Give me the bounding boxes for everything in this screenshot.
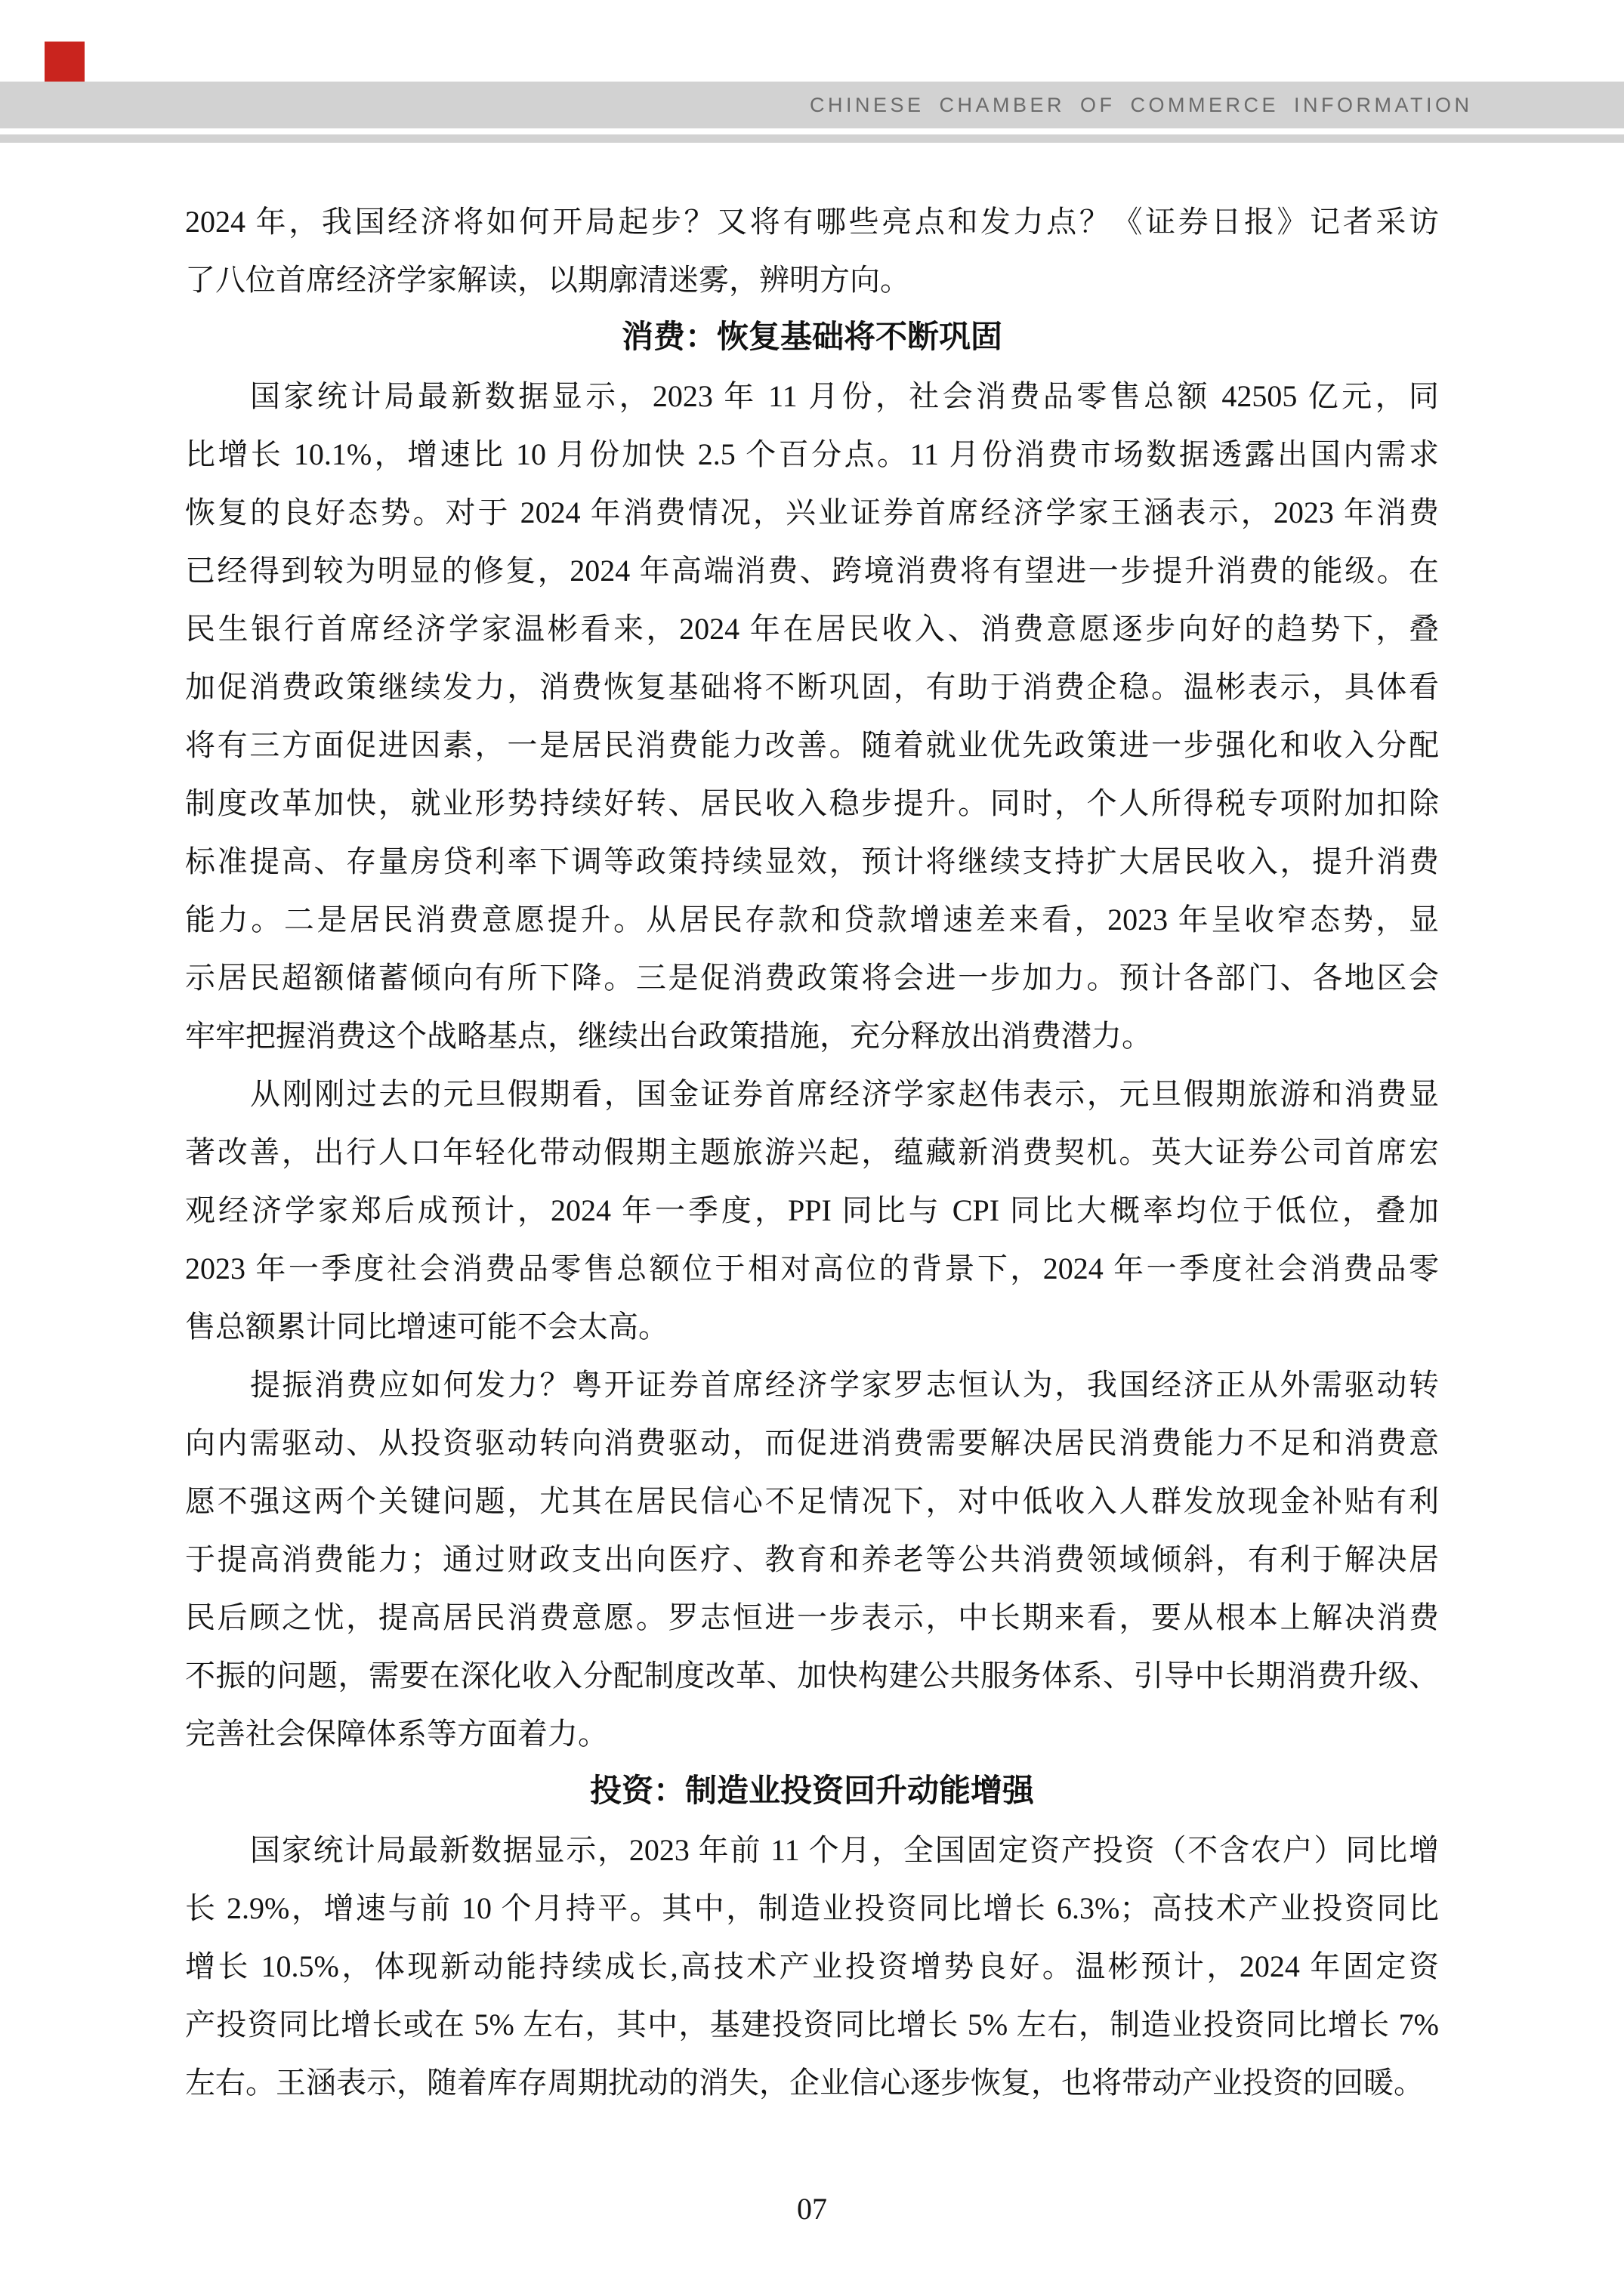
body-line: 于提高消费能力；通过财政支出向医疗、教育和养老等公共消费领域倾斜，有利于解决居 (185, 1530, 1439, 1588)
body-line: 恢复的良好态势。对于 2024 年消费情况，兴业证券首席经济学家王涵表示，202… (185, 483, 1439, 542)
body-line: 提振消费应如何发力？粤开证券首席经济学家罗志恒认为，我国经济正从外需驱动转 (185, 1356, 1439, 1414)
section-heading-consumption: 消费：恢复基础将不断巩固 (185, 309, 1439, 367)
body-line: 国家统计局最新数据显示，2023 年前 11 个月，全国固定资产投资（不含农户）… (185, 1821, 1439, 1879)
body-line: 向内需驱动、从投资驱动转向消费驱动，而促进消费需要解决居民消费能力不足和消费意 (185, 1414, 1439, 1472)
body-line: 加促消费政策继续发力，消费恢复基础将不断巩固，有助于消费企稳。温彬表示，具体看 (185, 658, 1439, 716)
body-line: 产投资同比增长或在 5% 左右，其中，基建投资同比增长 5% 左右，制造业投资同… (185, 1995, 1439, 2054)
body-line: 比增长 10.1%，增速比 10 月份加快 2.5 个百分点。11 月份消费市场… (185, 425, 1439, 483)
body-line: 2023 年一季度社会消费品零售总额位于相对高位的背景下，2024 年一季度社会… (185, 1239, 1439, 1298)
body-line: 增长 10.5%，体现新动能持续成长,高技术产业投资增势良好。温彬预计，2024… (185, 1937, 1439, 1995)
body-line: 民后顾之忧，提高居民消费意愿。罗志恒进一步表示，中长期来看，要从根本上解决消费 (185, 1588, 1439, 1646)
body-line: 著改善，出行人口年轻化带动假期主题旅游兴起，蕴藏新消费契机。英大证券公司首席宏 (185, 1123, 1439, 1181)
body-line: 售总额累计同比增速可能不会太高。 (185, 1298, 1439, 1356)
intro-line: 了八位首席经济学家解读，以期廓清迷雾，辨明方向。 (185, 251, 1439, 309)
body-line: 长 2.9%，增速与前 10 个月持平。其中，制造业投资同比增长 6.3%；高技… (185, 1879, 1439, 1937)
body-line: 民生银行首席经济学家温彬看来，2024 年在居民收入、消费意愿逐步向好的趋势下，… (185, 600, 1439, 658)
body-line: 观经济学家郑后成预计，2024 年一季度，PPI 同比与 CPI 同比大概率均位… (185, 1181, 1439, 1239)
header-rule (0, 134, 1624, 143)
body-line: 已经得到较为明显的修复，2024 年高端消费、跨境消费将有望进一步提升消费的能级… (185, 542, 1439, 600)
body-line: 愿不强这两个关键问题，尤其在居民信心不足情况下，对中低收入人群发放现金补贴有利 (185, 1472, 1439, 1530)
header-banner-text: CHINESE CHAMBER OF COMMERCE INFORMATION (810, 82, 1473, 128)
section-heading-investment: 投资：制造业投资回升动能增强 (185, 1763, 1439, 1821)
body-line: 牢牢把握消费这个战略基点，继续出台政策措施，充分释放出消费潜力。 (185, 1007, 1439, 1065)
page-number: 07 (0, 2192, 1624, 2227)
article-body: 2024 年，我国经济将如何开局起步？又将有哪些亮点和发力点？《证券日报》记者采… (185, 193, 1439, 2112)
body-line: 国家统计局最新数据显示，2023 年 11 月份，社会消费品零售总额 42505… (185, 367, 1439, 425)
body-line: 完善社会保障体系等方面着力。 (185, 1705, 1439, 1763)
red-corner-mark (45, 42, 85, 82)
intro-line: 2024 年，我国经济将如何开局起步？又将有哪些亮点和发力点？《证券日报》记者采… (185, 193, 1439, 251)
body-line: 不振的问题，需要在深化收入分配制度改革、加快构建公共服务体系、引导中长期消费升级… (185, 1646, 1439, 1705)
body-line: 标准提高、存量房贷利率下调等政策持续显效，预计将继续支持扩大居民收入，提升消费 (185, 832, 1439, 890)
body-line: 制度改革加快，就业形势持续好转、居民收入稳步提升。同时，个人所得税专项附加扣除 (185, 774, 1439, 832)
body-line: 示居民超额储蓄倾向有所下降。三是促消费政策将会进一步加力。预计各部门、各地区会 (185, 949, 1439, 1007)
body-line: 能力。二是居民消费意愿提升。从居民存款和贷款增速差来看，2023 年呈收窄态势，… (185, 890, 1439, 949)
document-page: { "colors": { "accent_red": "#c9241e", "… (0, 0, 1624, 2293)
body-line: 从刚刚过去的元旦假期看，国金证券首席经济学家赵伟表示，元旦假期旅游和消费显 (185, 1065, 1439, 1123)
body-line: 左右。王涵表示，随着库存周期扰动的消失，企业信心逐步恢复，也将带动产业投资的回暖… (185, 2054, 1439, 2112)
body-line: 将有三方面促进因素，一是居民消费能力改善。随着就业优先政策进一步强化和收入分配 (185, 716, 1439, 774)
